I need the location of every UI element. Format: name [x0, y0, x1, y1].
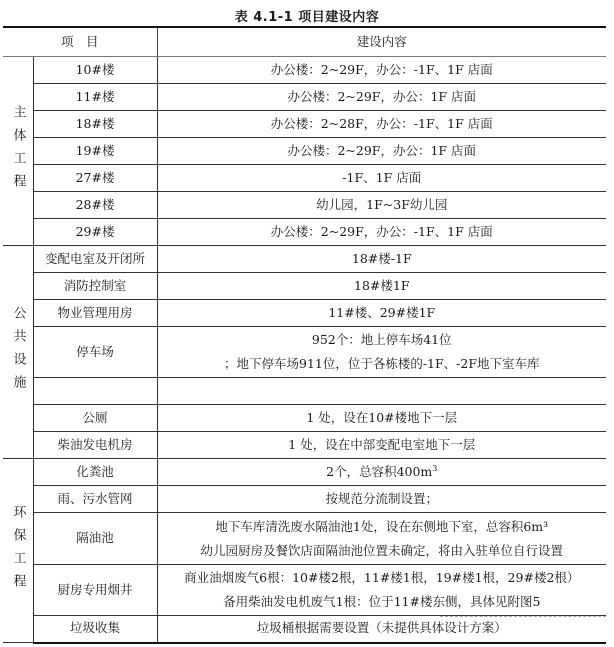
table-row: 19#楼 办公楼：2~29F，办公：1F 店面	[3, 138, 606, 165]
table-row: 环保工程 化粪池 2个，总容积400m3	[3, 459, 606, 486]
row-content: 办公楼：2~29F，办公：1F 店面	[157, 84, 606, 111]
table-row: 27#楼 -1F、1F 店面	[3, 165, 606, 192]
row-item: 公厕	[33, 405, 157, 432]
row-item: 11#楼	[33, 84, 157, 111]
row-item: 变配电室及开闭所	[33, 246, 157, 273]
row-item: 消防控制室	[33, 273, 157, 300]
row-item: 垃圾收集	[33, 616, 157, 643]
table-row: 29#楼 办公楼：2~29F，办公：-1F、1F 店面	[3, 219, 606, 246]
table-row: 公厕 1 处，设在10#楼地下一层	[3, 405, 606, 432]
row-content: 办公楼：2~29F，办公：1F 店面	[157, 138, 606, 165]
row-item: 27#楼	[33, 165, 157, 192]
row-content: 垃圾桶根据需要设置（未提供具体设计方案）	[157, 616, 606, 643]
row-content: 1 处，设在中部变配电室地下一层	[157, 432, 606, 459]
row-content: 1 处，设在10#楼地下一层	[157, 405, 606, 432]
row-item: 化粪池	[33, 459, 157, 486]
row-item: 28#楼	[33, 192, 157, 219]
row-content: 商业油烟废气6根：10#楼2根，11#楼1根，19#楼1根，29#楼2根） 备用…	[157, 565, 606, 616]
row-item: 柴油发电机房	[33, 432, 157, 459]
table-row: 厨房专用烟井 商业油烟废气6根：10#楼2根，11#楼1根，19#楼1根，29#…	[3, 565, 606, 616]
content-line: 备用柴油发电机废气1根：位于11#楼东侧，具体见附图5	[158, 590, 606, 614]
group-label-public-facilities: 公共设施	[3, 246, 33, 459]
row-content: 办公楼：2~29F，办公：-1F、1F 店面	[157, 57, 606, 84]
table-row: 柴油发电机房 1 处，设在中部变配电室地下一层	[3, 432, 606, 459]
row-item: 隔油池	[33, 513, 157, 565]
table-row: 主体工程 10#楼 办公楼：2~29F，办公：-1F、1F 店面	[3, 57, 606, 84]
group-label-environmental-works: 环保工程	[3, 459, 33, 643]
row-content: 952个：地上停车场41位 ；地下停车场911位，位于各栋楼的-1F、-2F地下…	[157, 327, 606, 378]
row-item: 厨房专用烟井	[33, 565, 157, 616]
row-content: 办公楼：2~28F，办公：-1F、1F 店面	[157, 111, 606, 138]
table-row: 停车场 952个：地上停车场41位 ；地下停车场911位，位于各栋楼的-1F、-…	[3, 327, 606, 378]
row-content: 地下车库清洗废水隔油池1处，设在东侧地下室，总容积6m³ 幼儿园厨房及餐饮店面隔…	[157, 513, 606, 565]
content-line: 幼儿园厨房及餐饮店面隔油池位置未确定，将由入驻单位自行设置	[158, 539, 606, 563]
dashed-line-artifact	[440, 616, 606, 617]
row-item: 19#楼	[33, 138, 157, 165]
header-item: 项 目	[3, 27, 157, 57]
row-content: 2个，总容积400m3	[157, 459, 606, 486]
table-row: 公共设施 变配电室及开闭所 18#楼-1F	[3, 246, 606, 273]
row-item: 雨、污水管网	[33, 486, 157, 513]
row-content	[157, 378, 606, 405]
table-row: 物业管理用房 11#楼、29#楼1F	[3, 300, 606, 327]
group-label-main-works: 主体工程	[3, 57, 33, 246]
row-content: 幼儿园，1F~3F幼儿园	[157, 192, 606, 219]
row-item: 停车场	[33, 327, 157, 378]
header-content: 建设内容	[157, 27, 606, 57]
row-item: 10#楼	[33, 57, 157, 84]
row-content: -1F、1F 店面	[157, 165, 606, 192]
content-line: 地下车库清洗废水隔油池1处，设在东侧地下室，总容积6m³	[158, 515, 606, 539]
project-construction-table: 项 目 建设内容 主体工程 10#楼 办公楼：2~29F，办公：-1F、1F 店…	[3, 26, 606, 644]
table-header-row: 项 目 建设内容	[3, 27, 606, 57]
table-row-empty	[3, 378, 606, 405]
row-content: 18#楼1F	[157, 273, 606, 300]
content-line: 952个：地上停车场41位	[158, 328, 606, 352]
row-item: 18#楼	[33, 111, 157, 138]
row-content: 按规范分流制设置；	[157, 486, 606, 513]
table-row: 隔油池 地下车库清洗废水隔油池1处，设在东侧地下室，总容积6m³ 幼儿园厨房及餐…	[3, 513, 606, 565]
table-row: 28#楼 幼儿园，1F~3F幼儿园	[3, 192, 606, 219]
row-item: 29#楼	[33, 219, 157, 246]
row-item	[33, 378, 157, 405]
table-row: 消防控制室 18#楼1F	[3, 273, 606, 300]
table-row: 垃圾收集 垃圾桶根据需要设置（未提供具体设计方案）	[3, 616, 606, 643]
row-content: 18#楼-1F	[157, 246, 606, 273]
table-caption: 表 4.1-1 项目建设内容	[0, 6, 614, 25]
row-content: 11#楼、29#楼1F	[157, 300, 606, 327]
row-content: 办公楼：2~29F，办公：-1F、1F 店面	[157, 219, 606, 246]
content-text: 2个，总容积400m3	[326, 464, 437, 479]
table-row: 雨、污水管网 按规范分流制设置；	[3, 486, 606, 513]
table-row: 18#楼 办公楼：2~28F，办公：-1F、1F 店面	[3, 111, 606, 138]
row-item: 物业管理用房	[33, 300, 157, 327]
content-line: ；地下停车场911位，位于各栋楼的-1F、-2F地下室车库	[158, 352, 606, 376]
table-row: 11#楼 办公楼：2~29F，办公：1F 店面	[3, 84, 606, 111]
content-line: 商业油烟废气6根：10#楼2根，11#楼1根，19#楼1根，29#楼2根）	[158, 566, 606, 590]
